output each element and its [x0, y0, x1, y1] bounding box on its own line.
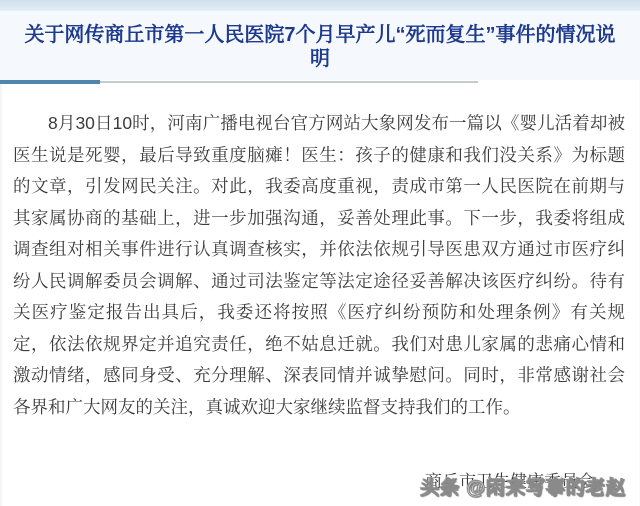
- statement-paragraph: 8月30日10时，河南广播电视台官方网站大象网发布一篇以《婴儿活着却被医生说是死…: [13, 108, 625, 423]
- divider-blue-segment: [0, 80, 100, 84]
- top-strip: [0, 0, 640, 11]
- statement-body: 8月30日10时，河南广播电视台官方网站大象网发布一篇以《婴儿活着却被医生说是死…: [0, 84, 640, 492]
- title-divider: [0, 80, 640, 84]
- page-title: 关于网传商丘市第一人民医院7个月早产儿“死而复生”事件的情况说明: [20, 23, 620, 71]
- header: 关于网传商丘市第一人民医院7个月早产儿“死而复生”事件的情况说明: [0, 11, 640, 80]
- toutiao-watermark: 头条 @闲来写事的老赵: [420, 473, 626, 500]
- statement-page: 关于网传商丘市第一人民医院7个月早产儿“死而复生”事件的情况说明 8月30日10…: [0, 0, 640, 506]
